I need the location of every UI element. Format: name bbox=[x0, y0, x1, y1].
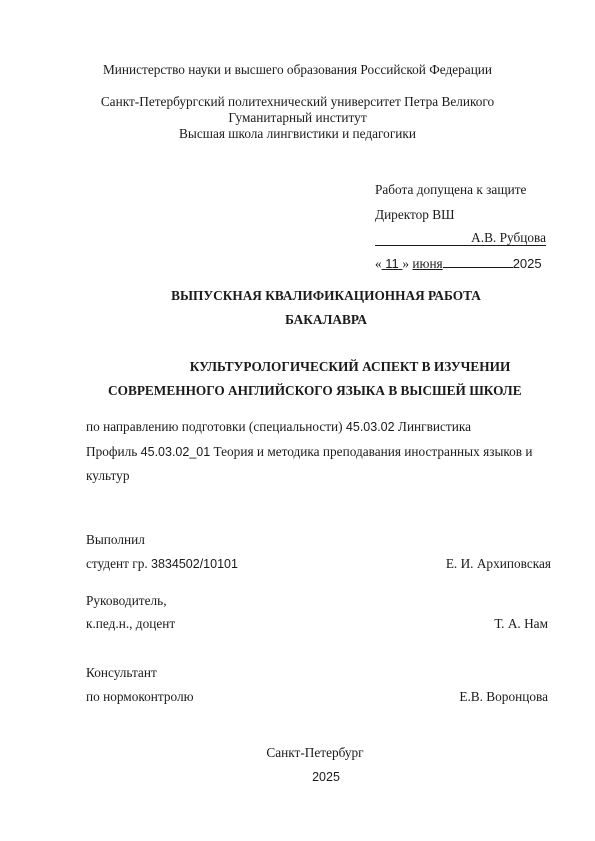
institute-name: Гуманитарный институт bbox=[0, 110, 595, 126]
author-name: Е. И. Архиповская bbox=[446, 556, 551, 572]
date-year: 2025 bbox=[513, 256, 542, 271]
author-group: студент гр. 3834502/10101 bbox=[86, 556, 238, 572]
author-role: Выполнил bbox=[86, 532, 145, 548]
direction-line: по направлению подготовки (специальности… bbox=[86, 419, 471, 435]
approval-signature-line: А.В. Рубцова bbox=[375, 231, 546, 246]
profile-name-line2: культур bbox=[86, 468, 129, 484]
approval-signatory: А.В. Рубцова bbox=[471, 230, 546, 245]
approval-line1: Работа допущена к защите bbox=[375, 182, 526, 198]
direction-code: 45.03.02 bbox=[346, 420, 395, 434]
profile-name-line1: Теория и методика преподавания иностранн… bbox=[214, 444, 533, 459]
university-name: Санкт-Петербургский политехнический унив… bbox=[0, 94, 595, 110]
thesis-title-line2: СОВРЕМЕННОГО АНГЛИЙСКОГО ЯЗЫКА В ВЫСШЕЙ … bbox=[108, 383, 522, 399]
approval-date: « 11 » июня2025 bbox=[375, 255, 546, 272]
ministry-name: Министерство науки и высшего образования… bbox=[0, 62, 595, 78]
footer-year: 2025 bbox=[0, 770, 595, 784]
work-type-line1: ВЫПУСКНАЯ КВАЛИФИКАЦИОННАЯ РАБОТА bbox=[0, 288, 595, 304]
supervisor-name: Т. А. Нам bbox=[494, 616, 548, 632]
profile-code: 45.03.02_01 bbox=[141, 445, 211, 459]
profile-label: Профиль bbox=[86, 444, 137, 459]
date-close-quote: » bbox=[402, 256, 409, 271]
consultant-name: Е.В. Воронцова bbox=[459, 689, 548, 705]
profile-line: Профиль 45.03.02_01 Теория и методика пр… bbox=[86, 444, 533, 460]
direction-name: Лингвистика bbox=[398, 419, 471, 434]
supervisor-degree: к.пед.н., доцент bbox=[86, 616, 175, 632]
date-day: 11 bbox=[385, 256, 399, 271]
thesis-title-line1: КУЛЬТУРОЛОГИЧЕСКИЙ АСПЕКТ В ИЗУЧЕНИИ bbox=[0, 359, 595, 375]
date-month: июня bbox=[412, 256, 442, 271]
direction-prefix: по направлению подготовки (специальности… bbox=[86, 419, 343, 434]
school-name: Высшая школа лингвистики и педагогики bbox=[0, 126, 595, 142]
work-type-line2: БАКАЛАВРА bbox=[0, 312, 595, 328]
footer-city: Санкт-Петербург bbox=[0, 745, 595, 761]
date-blank-line bbox=[443, 255, 513, 268]
consultant-area: по нормоконтролю bbox=[86, 689, 194, 705]
author-group-prefix: студент гр. bbox=[86, 556, 148, 571]
consultant-role: Консультант bbox=[86, 665, 157, 681]
approval-line2: Директор ВШ bbox=[375, 207, 455, 223]
author-group-number: 3834502/10101 bbox=[151, 557, 238, 571]
supervisor-role: Руководитель, bbox=[86, 593, 167, 609]
date-open-quote: « bbox=[375, 256, 382, 271]
